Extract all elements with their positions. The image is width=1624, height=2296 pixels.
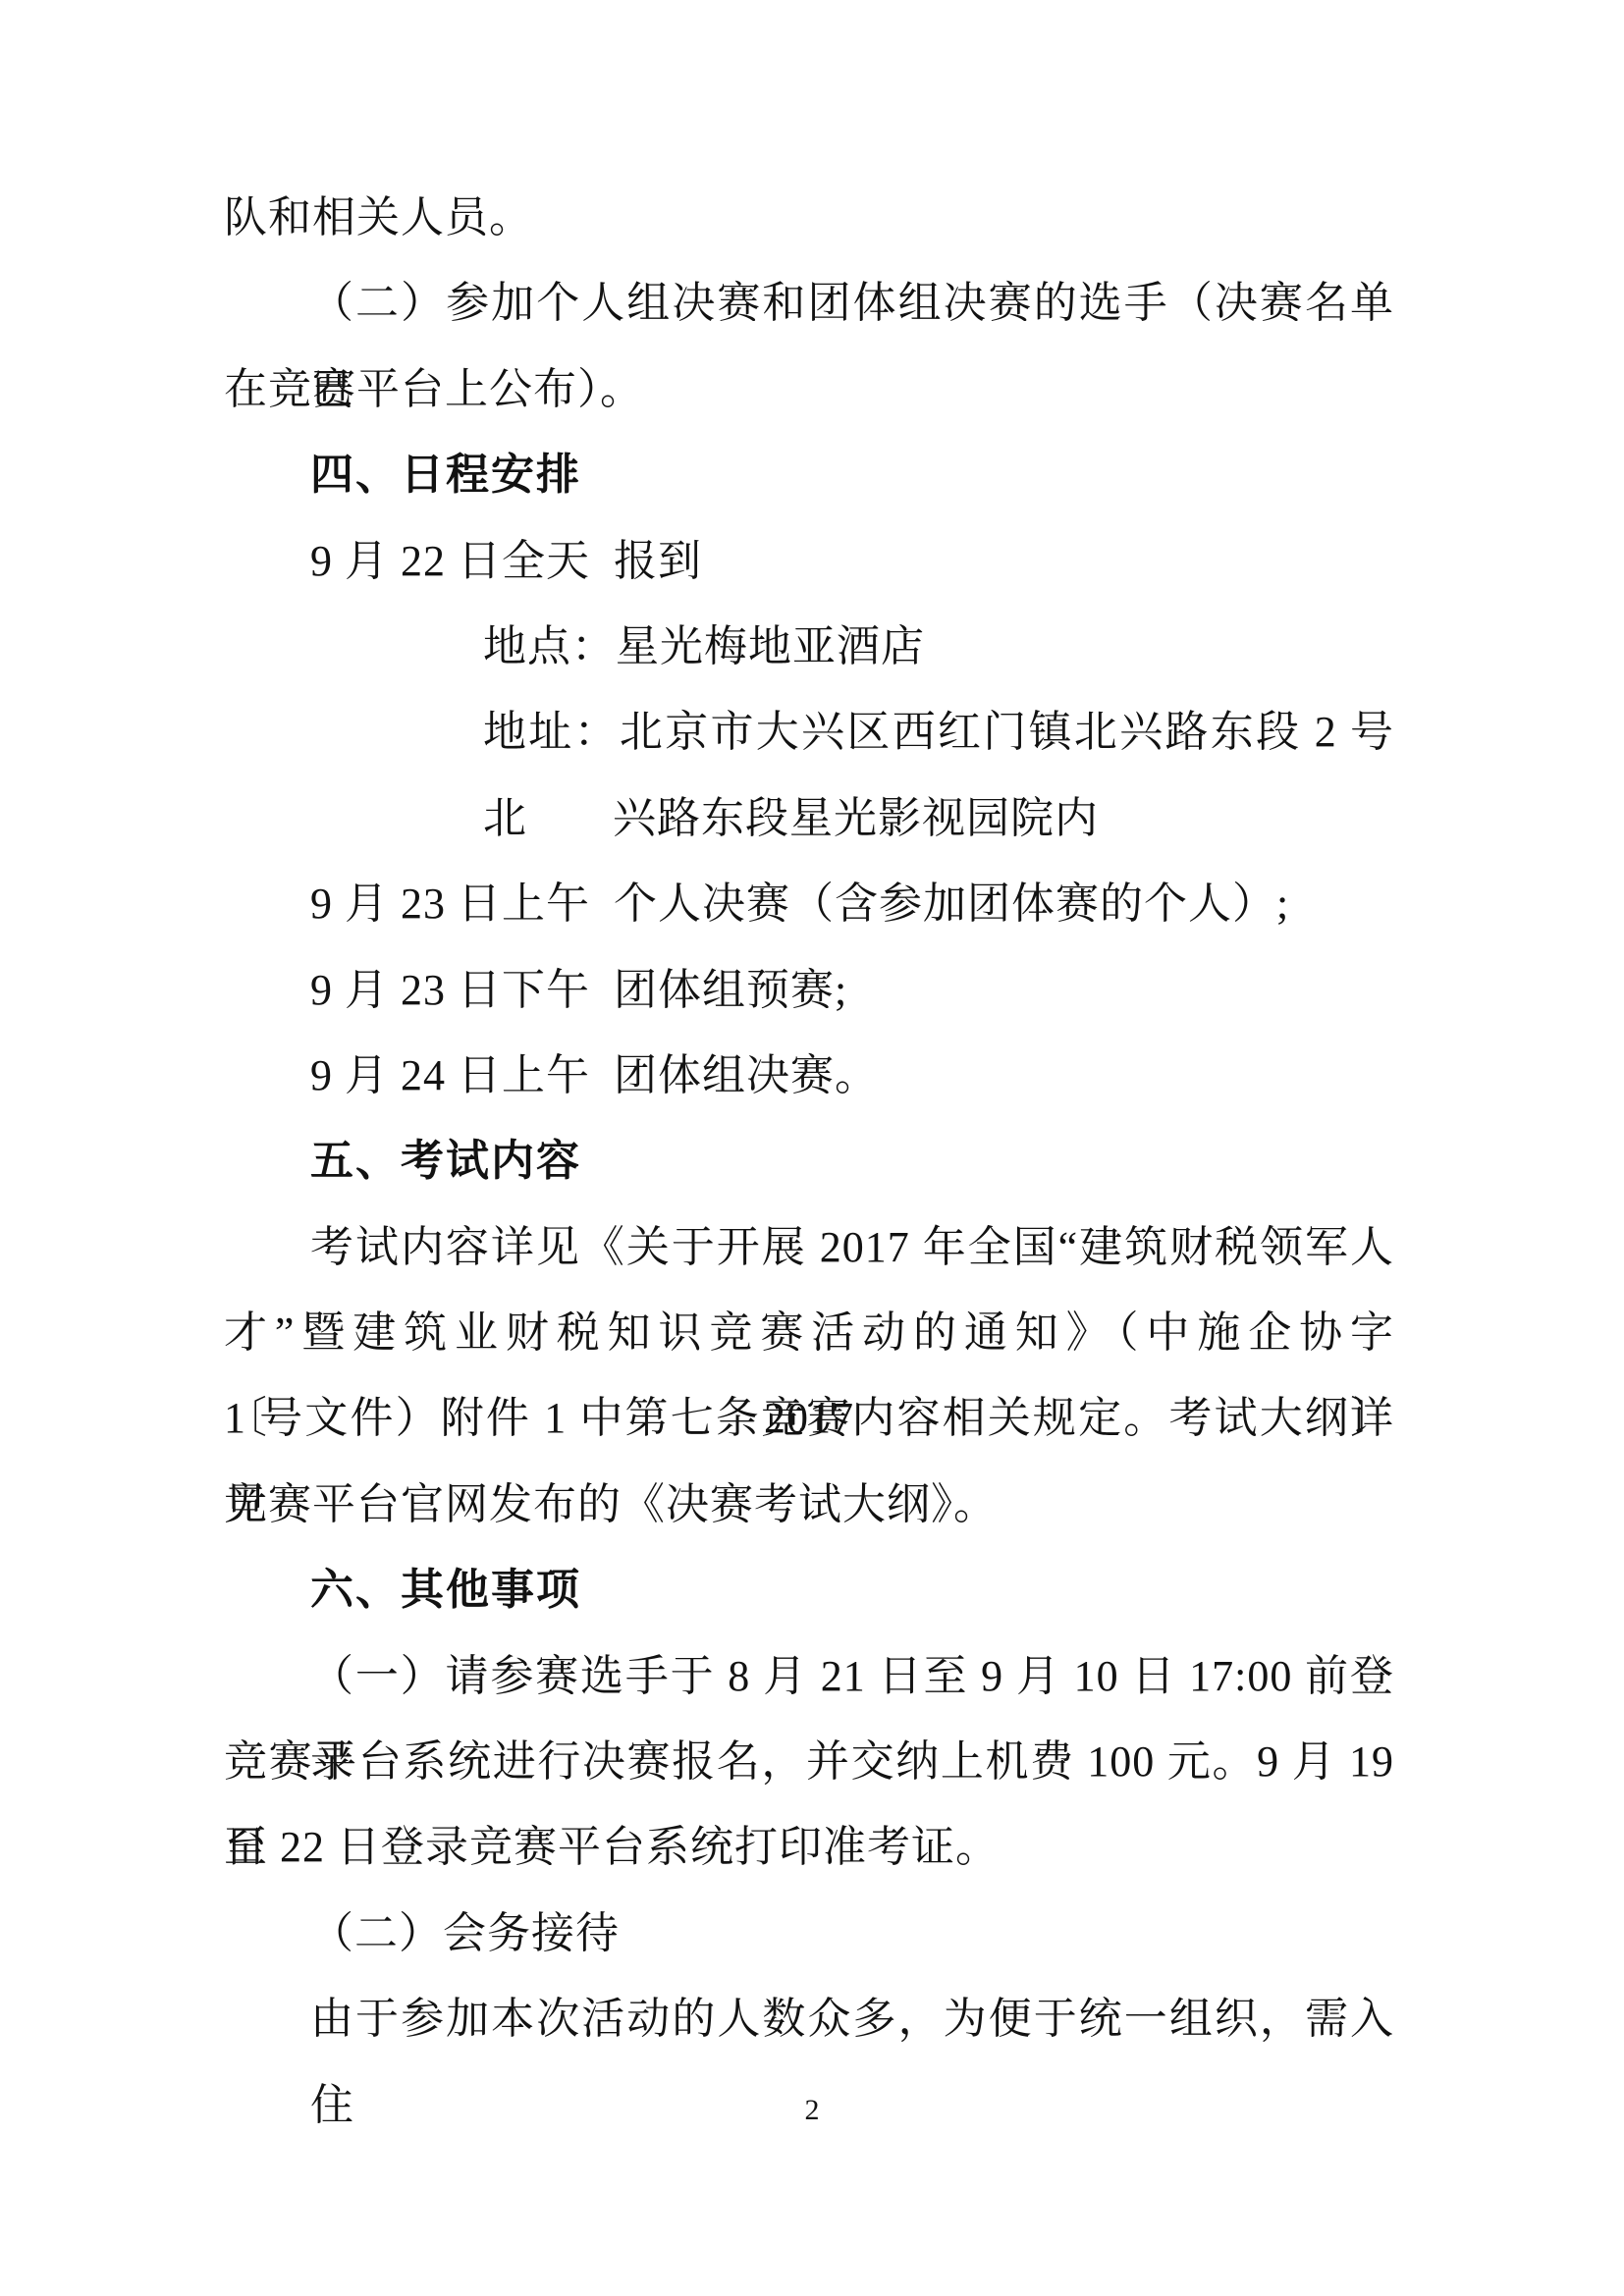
document-line: 地址：北京市大兴区西红门镇北兴路东段 2 号北	[224, 689, 1394, 774]
page-number: 2	[0, 2089, 1624, 2132]
document-body: 队和相关人员。（二）参加个人组决赛和团体组决赛的选手（决赛名单已在竞赛平台上公布…	[224, 175, 1394, 2062]
document-line: 9 月 22 日全天 报到	[224, 518, 1394, 604]
document-line: 竞赛平台官网发布的《决赛考试大纲》。	[224, 1462, 1394, 1547]
document-line: 兴路东段星光影视园院内	[224, 775, 1394, 861]
document-line: 才”暨建筑业财税知识竞赛活动的通知》（中施企协字〔2017〕	[224, 1290, 1394, 1375]
document-line: 地点：星光梅地亚酒店	[224, 604, 1394, 689]
section-heading: 六、其他事项	[224, 1547, 1394, 1632]
document-line: （二）会务接待	[224, 1891, 1394, 1976]
document-line: （二）参加个人组决赛和团体组决赛的选手（决赛名单已	[224, 260, 1394, 346]
document-line: 9 月 24 日上午 团体组决赛。	[224, 1033, 1394, 1118]
document-page: 队和相关人员。（二）参加个人组决赛和团体组决赛的选手（决赛名单已在竞赛平台上公布…	[0, 0, 1624, 2296]
document-line: 考试内容详见《关于开展 2017 年全国“建筑财税领军人	[224, 1204, 1394, 1290]
section-heading: 五、考试内容	[224, 1118, 1394, 1203]
document-line: 至 22 日登录竞赛平台系统打印准考证。	[224, 1804, 1394, 1890]
document-line: 9 月 23 日上午 个人决赛（含参加团体赛的个人）;	[224, 861, 1394, 946]
section-heading: 四、日程安排	[224, 432, 1394, 517]
document-line: （一）请参赛选手于 8 月 21 日至 9 月 10 日 17:00 前登录	[224, 1633, 1394, 1719]
document-line: 在竞赛平台上公布）。	[224, 347, 1394, 432]
document-line: 竞赛平台系统进行决赛报名，并交纳上机费 100 元。9 月 19 日	[224, 1719, 1394, 1804]
document-line: 由于参加本次活动的人数众多，为便于统一组织，需入住	[224, 1976, 1394, 2061]
document-line: 9 月 23 日下午 团体组预赛;	[224, 947, 1394, 1033]
document-line: 队和相关人员。	[224, 175, 1394, 260]
document-line: 1 号文件）附件 1 中第七条竞赛内容相关规定。考试大纲详见	[224, 1375, 1394, 1461]
